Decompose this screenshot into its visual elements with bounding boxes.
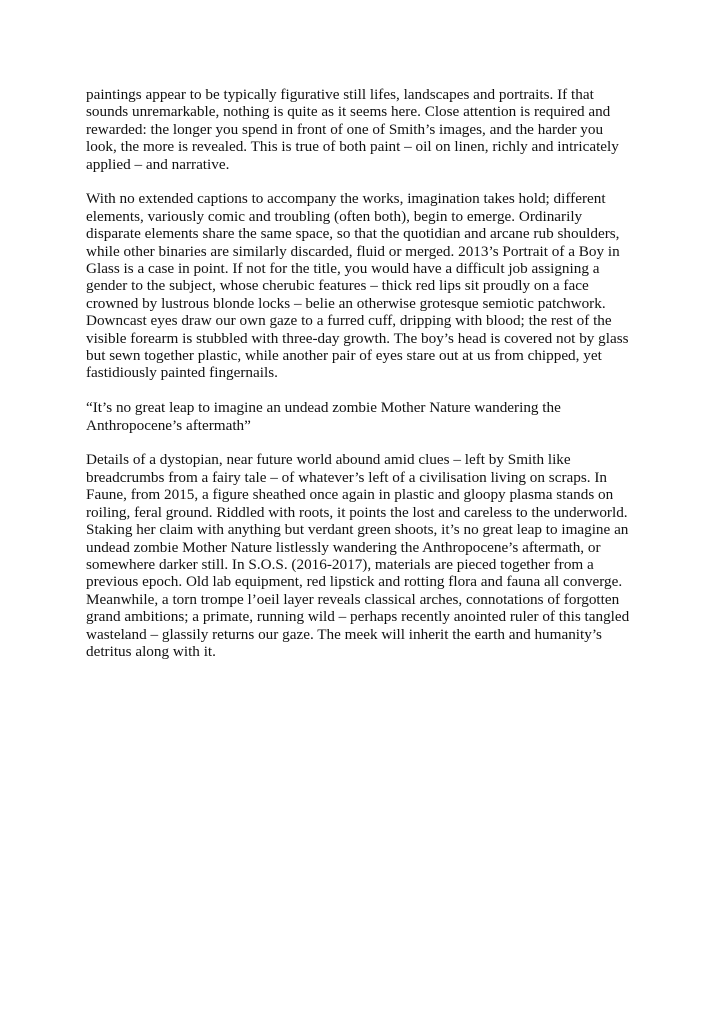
pull-quote: “It’s no great leap to imagine an undead…: [86, 399, 634, 434]
paragraph-dystopian-world: Details of a dystopian, near future worl…: [86, 451, 634, 660]
document-page: paintings appear to be typically figurat…: [86, 86, 634, 678]
paragraph-portrait-of-a-boy: With no extended captions to accompany t…: [86, 190, 634, 381]
paragraph-intro: paintings appear to be typically figurat…: [86, 86, 634, 173]
